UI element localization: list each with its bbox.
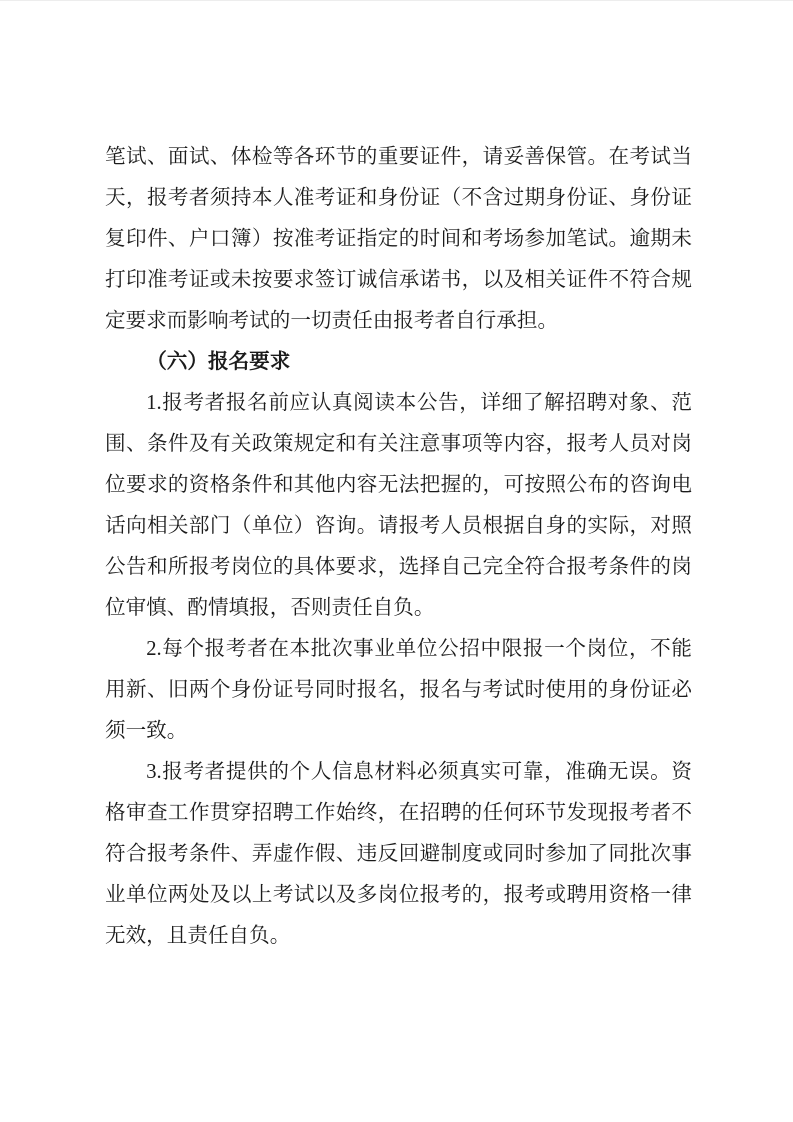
document-page: 笔试、面试、体检等各环节的重要证件，请妥善保管。在考试当天，报考者须持本人准考证… bbox=[0, 0, 793, 1122]
section-heading: （六）报名要求 bbox=[105, 342, 692, 383]
paragraph-item-1: 1.报考者报名前应认真阅读本公告，详细了解招聘对象、范围、条件及有关政策规定和有… bbox=[105, 383, 692, 629]
document-body: 笔试、面试、体检等各环节的重要证件，请妥善保管。在考试当天，报考者须持本人准考证… bbox=[105, 137, 692, 957]
paragraph-item-2: 2.每个报考者在本批次事业单位公招中限报一个岗位，不能用新、旧两个身份证号同时报… bbox=[105, 629, 692, 752]
paragraph-continuation: 笔试、面试、体检等各环节的重要证件，请妥善保管。在考试当天，报考者须持本人准考证… bbox=[105, 137, 692, 342]
paragraph-item-3: 3.报考者提供的个人信息材料必须真实可靠，准确无误。资格审查工作贯穿招聘工作始终… bbox=[105, 752, 692, 957]
